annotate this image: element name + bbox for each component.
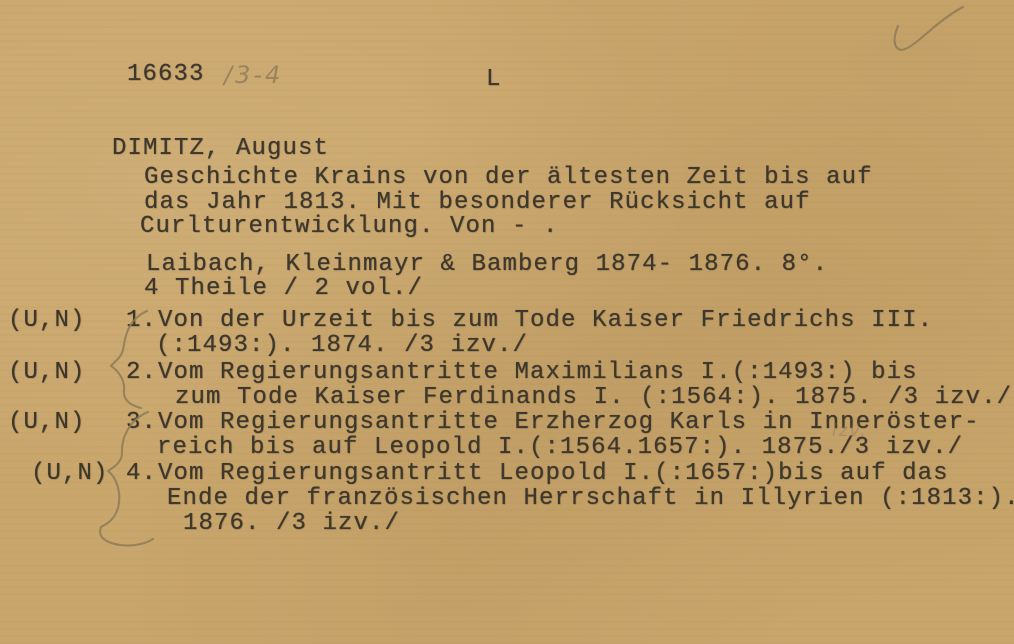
- call-number-suffix-pencil: /3-4: [224, 63, 283, 87]
- entry-text-line: zum Tode Kaiser Ferdinands I. (:1564:). …: [175, 386, 1012, 410]
- entry-text-line: Vom Regierungsantritte Maximilians I.(:1…: [158, 361, 918, 385]
- holding-mark: (U,N): [8, 411, 86, 435]
- title-line: Geschichte Krains von der ältesten Zeit …: [144, 166, 873, 190]
- entry-text-line: Ende der französischen Herrschaft in Ill…: [167, 487, 1014, 511]
- entry-text-line: 1876. /3 izv./: [183, 512, 400, 536]
- catalog-card: 16633 /3-4 L DIMITZ, August Geschichte K…: [0, 0, 1014, 644]
- entry-number: 3.: [126, 411, 157, 435]
- entry-text-line: Vom Regierungsantritt Leopold I.(:1657:)…: [158, 462, 949, 486]
- entry-text-line: Von der Urzeit bis zum Tode Kaiser Fried…: [158, 309, 933, 333]
- entry-number: 2.: [126, 361, 157, 385]
- call-number: 16633: [127, 63, 205, 87]
- checkmark-pencil-icon: [895, 7, 963, 50]
- title-line: Curlturentwicklung. Von - .: [140, 215, 559, 239]
- section-letter: L: [486, 68, 502, 92]
- holding-mark: (U,N): [8, 361, 86, 385]
- holding-mark: (U,N): [8, 309, 86, 333]
- author-heading: DIMITZ, August: [112, 137, 329, 161]
- title-line: das Jahr 1813. Mit besonderer Rücksicht …: [144, 191, 811, 215]
- entry-number: 1.: [126, 309, 157, 333]
- entry-number: 4.: [126, 462, 157, 486]
- imprint-line: Laibach, Kleinmayr & Bamberg 1874- 1876.…: [146, 253, 828, 277]
- entry-text-line: (:1493:). 1874. /3 izv./: [156, 334, 528, 358]
- imprint-line: 4 Theile / 2 vol./: [144, 277, 423, 301]
- holding-mark: (U,N): [31, 462, 109, 486]
- pencil-izv-annotation: izv.: [832, 419, 868, 443]
